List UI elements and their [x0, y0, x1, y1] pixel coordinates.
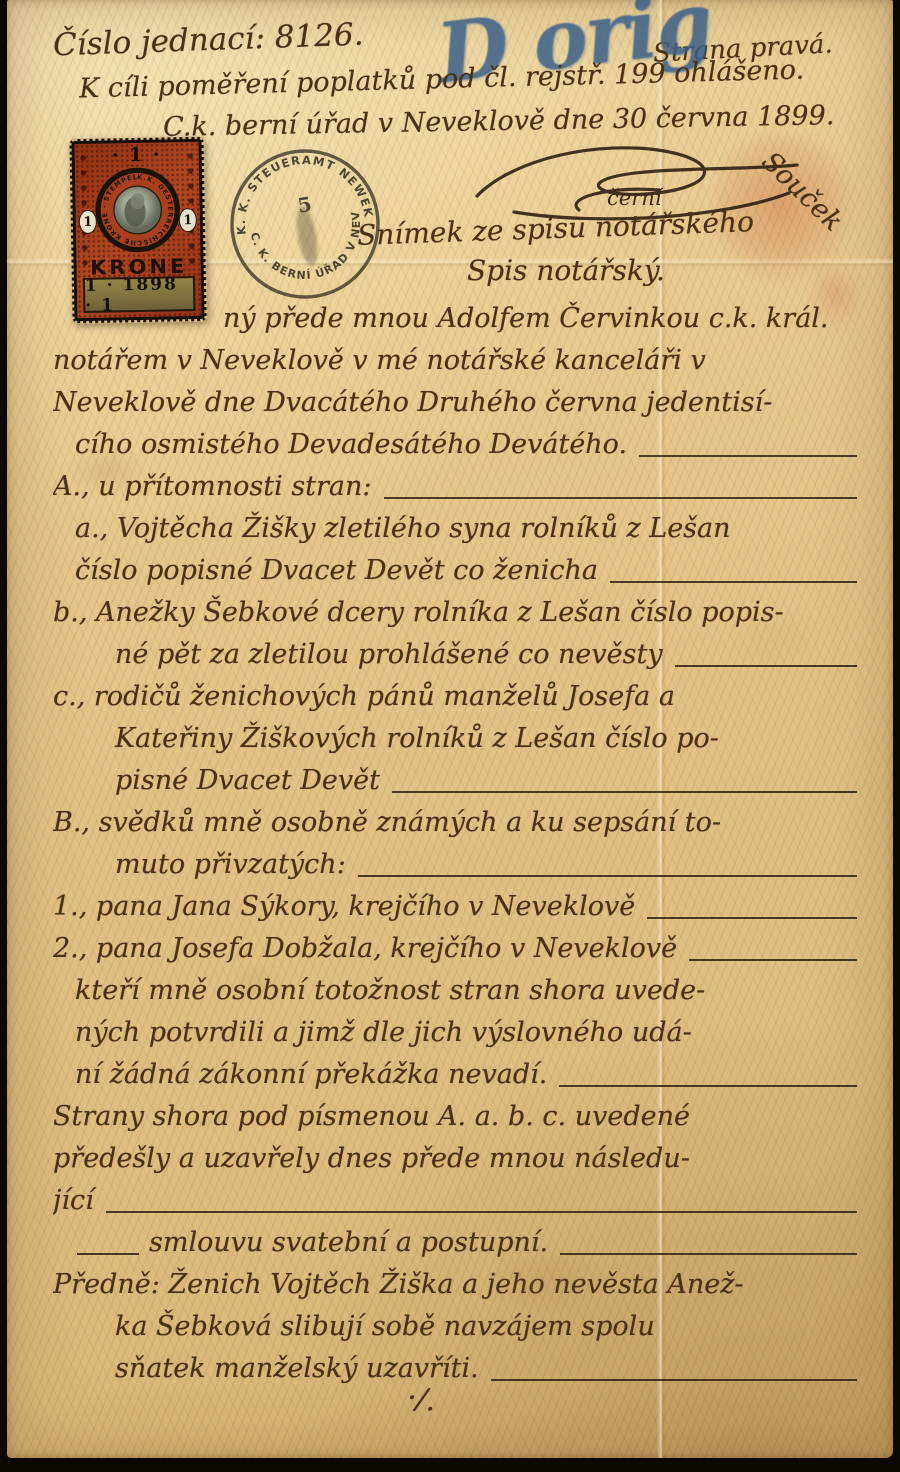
- handwritten-line: smlouvu svatební a postupní.: [53, 1222, 859, 1264]
- handwritten-text: předešly a uzavřely dnes přede mnou násl…: [53, 1138, 690, 1180]
- handwritten-line: notářem v Neveklově v mé notářské kancel…: [53, 340, 859, 382]
- handwritten-text: jící: [53, 1180, 94, 1222]
- scanned-notarial-document: { "colors": { "ink": "#4a3014", "blue_pe…: [0, 0, 900, 1472]
- handwritten-line: Neveklově dne Dvacátého Druhého června j…: [53, 382, 859, 424]
- handwritten-line: B., svědků mně osobně známých a ku sepsá…: [53, 802, 859, 844]
- handwritten-text: b., Anežky Šebkové dcery rolníka z Lešan…: [53, 592, 784, 634]
- handwritten-text: muto přivzatých:: [115, 844, 346, 886]
- handwritten-line: sňatek manželský uzavříti.: [53, 1348, 859, 1390]
- handwritten-line: jící: [53, 1180, 859, 1222]
- handwritten-text: A., u přítomnosti stran:: [53, 466, 372, 508]
- ink-rule: [559, 1085, 857, 1087]
- handwritten-text: cího osmistého Devadesátého Devátého.: [75, 424, 627, 466]
- document-type-line-1: Snímek ze spisu notářského: [357, 205, 755, 252]
- handwritten-text: pisné Dvacet Devět: [115, 760, 380, 802]
- case-number: Číslo jednací: 8126.: [52, 17, 364, 64]
- handwritten-line: kteří mně osobní totožnost stran shora u…: [53, 970, 859, 1012]
- ink-rule: [392, 791, 857, 793]
- handwritten-text: 2., pana Josefa Dobžala, krejčího v Neve…: [53, 928, 677, 970]
- handwritten-text: ný přede mnou Adolfem Červinkou c.k. krá…: [223, 298, 829, 340]
- handwritten-text: notářem v Neveklově v mé notářské kancel…: [53, 340, 706, 382]
- handwritten-line: Strany shora pod písmenou A. a. b. c. uv…: [53, 1096, 859, 1138]
- ink-rule: [384, 497, 857, 499]
- stamp-side-value-right: 1: [179, 208, 197, 232]
- handwritten-text: a., Vojtěcha Žišky zletilého syna rolník…: [75, 508, 731, 550]
- document-body: ný přede mnou Adolfem Červinkou c.k. krá…: [53, 298, 859, 1390]
- handwritten-text: 1., pana Jana Sýkory, krejčího v Neveklo…: [53, 886, 635, 928]
- handwritten-line: c., rodičů ženichových pánů manželů Jose…: [53, 676, 859, 718]
- ink-rule: [106, 1211, 857, 1213]
- handwritten-line: ný přede mnou Adolfem Červinkou c.k. krá…: [53, 298, 859, 340]
- handwritten-text: Neveklově dne Dvacátého Druhého června j…: [53, 382, 772, 424]
- handwritten-line: ka Šebková slibují sobě navzájem spolu: [53, 1306, 859, 1348]
- handwritten-line: A., u přítomnosti stran:: [53, 466, 859, 508]
- revenue-stamp-field: · 1 · K.K. OESTERREICHISCHE KRONE · STEM…: [74, 142, 201, 318]
- handwritten-text: ka Šebková slibují sobě navzájem spolu: [115, 1306, 655, 1348]
- stamp-side-value-left: 1: [79, 210, 97, 234]
- handwritten-line: 2., pana Josefa Dobžala, krejčího v Neve…: [53, 928, 859, 970]
- handwritten-line: a., Vojtěcha Žišky zletilého syna rolník…: [53, 508, 859, 550]
- revenue-stamp-top-value: · 1 ·: [75, 143, 199, 167]
- handwritten-text: Strany shora pod písmenou A. a. b. c. uv…: [53, 1096, 690, 1138]
- handwritten-line: b., Anežky Šebkové dcery rolníka z Lešan…: [53, 592, 859, 634]
- ink-rule: [675, 665, 857, 667]
- handwritten-line: 1., pana Jana Sýkory, krejčího v Neveklo…: [53, 886, 859, 928]
- handwritten-line: Kateřiny Žiškových rolníků z Lešan číslo…: [53, 718, 859, 760]
- ink-rule: [560, 1253, 857, 1255]
- revenue-stamp-1-krone: · 1 · K.K. OESTERREICHISCHE KRONE · STEM…: [69, 137, 206, 323]
- handwritten-text: Předně: Ženich Vojtěch Žiška a jeho nevě…: [53, 1264, 744, 1306]
- ink-rule: [358, 875, 857, 877]
- handwritten-text: ní žádná zákonní překážka nevadí.: [75, 1054, 547, 1096]
- handwritten-text: B., svědků mně osobně známých a ku sepsá…: [53, 802, 721, 844]
- ink-rule: [491, 1379, 857, 1381]
- ink-rule: [77, 1253, 139, 1255]
- handwritten-line: ní žádná zákonní překážka nevadí.: [53, 1054, 859, 1096]
- continuation-mark: ·/.: [405, 1380, 439, 1419]
- handwritten-text: kteří mně osobní totožnost stran shora u…: [75, 970, 705, 1012]
- handwritten-text: ných potvrdili a jimž dle jich výslovnéh…: [75, 1012, 692, 1054]
- handwritten-text: číslo popisné Dvacet Devět co ženicha: [75, 550, 598, 592]
- handwritten-line: pisné Dvacet Devět: [53, 760, 859, 802]
- tax-office-round-stamp: K. K. STEUERAMT NEWEKLAU C. K. BERNÍ ÚŘA…: [212, 131, 397, 316]
- ink-rule: [647, 917, 857, 919]
- emperor-portrait-medallion: K.K. OESTERREICHISCHE KRONE · STEMPEL-MA…: [93, 165, 183, 255]
- tax-office-date-line: C.k. berní úřad v Neveklově dne 30 červn…: [163, 100, 835, 143]
- handwritten-line: muto přivzatých:: [53, 844, 859, 886]
- handwritten-line: Předně: Ženich Vojtěch Žiška a jeho nevě…: [53, 1264, 859, 1306]
- document-page: Číslo jednací: 8126. Strana pravá. D ori…: [7, 0, 893, 1458]
- handwritten-line: předešly a uzavřely dnes přede mnou násl…: [53, 1138, 859, 1180]
- round-stamp-center-date: 5: [296, 192, 314, 218]
- handwritten-text: né pět za zletilou prohlášené co nevěsty: [115, 634, 663, 676]
- handwritten-line: ných potvrdili a jimž dle jich výslovnéh…: [53, 1012, 859, 1054]
- ink-rule: [689, 959, 857, 961]
- handwritten-text: Kateřiny Žiškových rolníků z Lešan číslo…: [115, 718, 719, 760]
- signature-note: černí: [607, 186, 664, 210]
- handwritten-text: smlouvu svatební a postupní.: [149, 1222, 548, 1264]
- ink-rule: [639, 455, 857, 457]
- ink-rule: [610, 581, 857, 583]
- handwritten-line: cího osmistého Devadesátého Devátého.: [53, 424, 859, 466]
- handwritten-line: né pět za zletilou prohlášené co nevěsty: [53, 634, 859, 676]
- handwritten-line: číslo popisné Dvacet Devět co ženicha: [53, 550, 859, 592]
- handwritten-text: c., rodičů ženichových pánů manželů Jose…: [53, 676, 675, 718]
- document-type-line-2: Spis notářský.: [467, 254, 665, 287]
